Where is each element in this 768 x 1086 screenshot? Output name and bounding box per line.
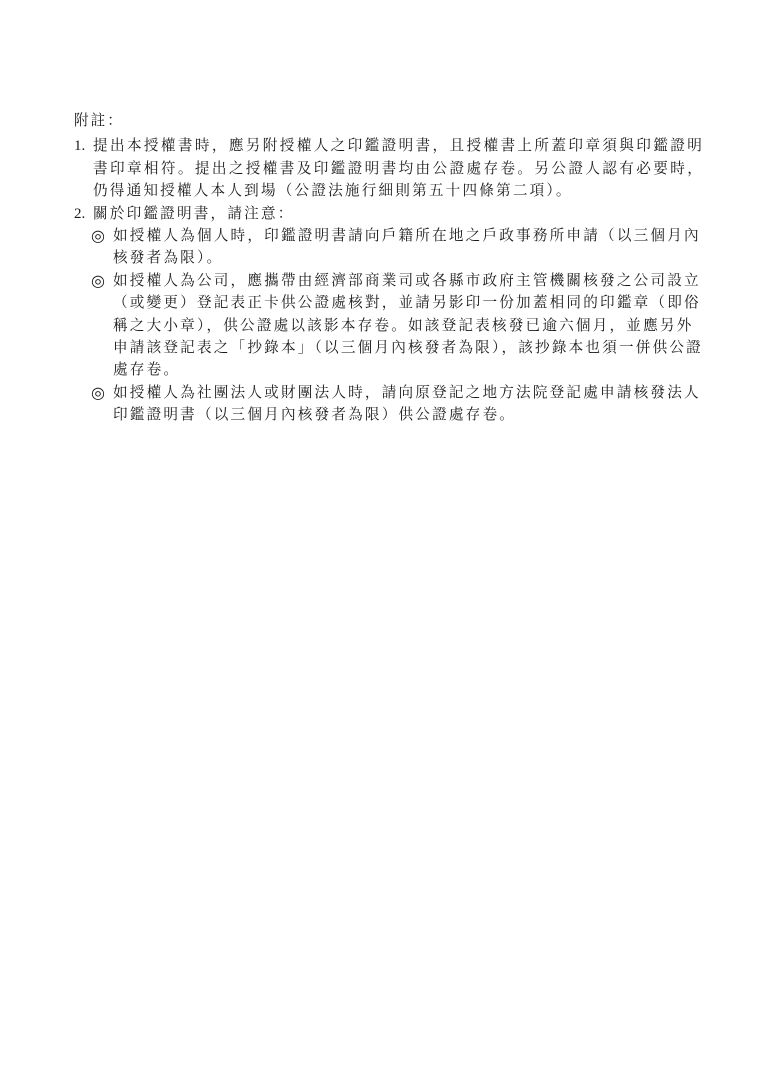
document-page: 附註： 1. 提出本授權書時，應另附授權人之印鑑證明書，且授權書上所蓋印章須與印… bbox=[0, 0, 768, 1086]
note-item-text: 提出本授權書時，應另附授權人之印鑑證明書，且授權書上所蓋印章須與印鑑證明書印章相… bbox=[93, 135, 704, 202]
sub-note-juridical-person: ◎ 如授權人為社團法人或財團法人時，請向原登記之地方法院登記處申請核發法人印鑑證… bbox=[74, 382, 704, 427]
sub-note-text: 如授權人為公司，應攜帶由經濟部商業司或各縣市政府主管機關核發之公司設立（或變更）… bbox=[113, 270, 704, 382]
sub-note-individual: ◎ 如授權人為個人時，印鑑證明書請向戶籍所在地之戶政事務所申請（以三個月內核發者… bbox=[74, 225, 704, 270]
notes-title: 附註： bbox=[74, 110, 704, 132]
note-item-1: 1. 提出本授權書時，應另附授權人之印鑑證明書，且授權書上所蓋印章須與印鑑證明書… bbox=[74, 135, 704, 202]
seal-certificate-notes-list: ◎ 如授權人為個人時，印鑑證明書請向戶籍所在地之戶政事務所申請（以三個月內核發者… bbox=[74, 225, 704, 427]
sub-note-company: ◎ 如授權人為公司，應攜帶由經濟部商業司或各縣市政府主管機關核發之公司設立（或變… bbox=[74, 270, 704, 382]
sub-note-text: 如授權人為個人時，印鑑證明書請向戶籍所在地之戶政事務所申請（以三個月內核發者為限… bbox=[113, 225, 704, 270]
notes-section: 附註： 1. 提出本授權書時，應另附授權人之印鑑證明書，且授權書上所蓋印章須與印… bbox=[74, 110, 704, 427]
note-item-number: 2. bbox=[74, 203, 85, 225]
sub-note-text: 如授權人為社團法人或財團法人時，請向原登記之地方法院登記處申請核發法人印鑑證明書… bbox=[113, 382, 704, 427]
note-item-number: 1. bbox=[74, 135, 85, 157]
note-item-2: 2. 關於印鑑證明書，請注意： bbox=[74, 203, 704, 225]
double-circle-bullet-icon: ◎ bbox=[91, 382, 105, 404]
double-circle-bullet-icon: ◎ bbox=[91, 270, 105, 292]
double-circle-bullet-icon: ◎ bbox=[91, 225, 105, 247]
note-item-text: 關於印鑑證明書，請注意： bbox=[93, 203, 704, 225]
